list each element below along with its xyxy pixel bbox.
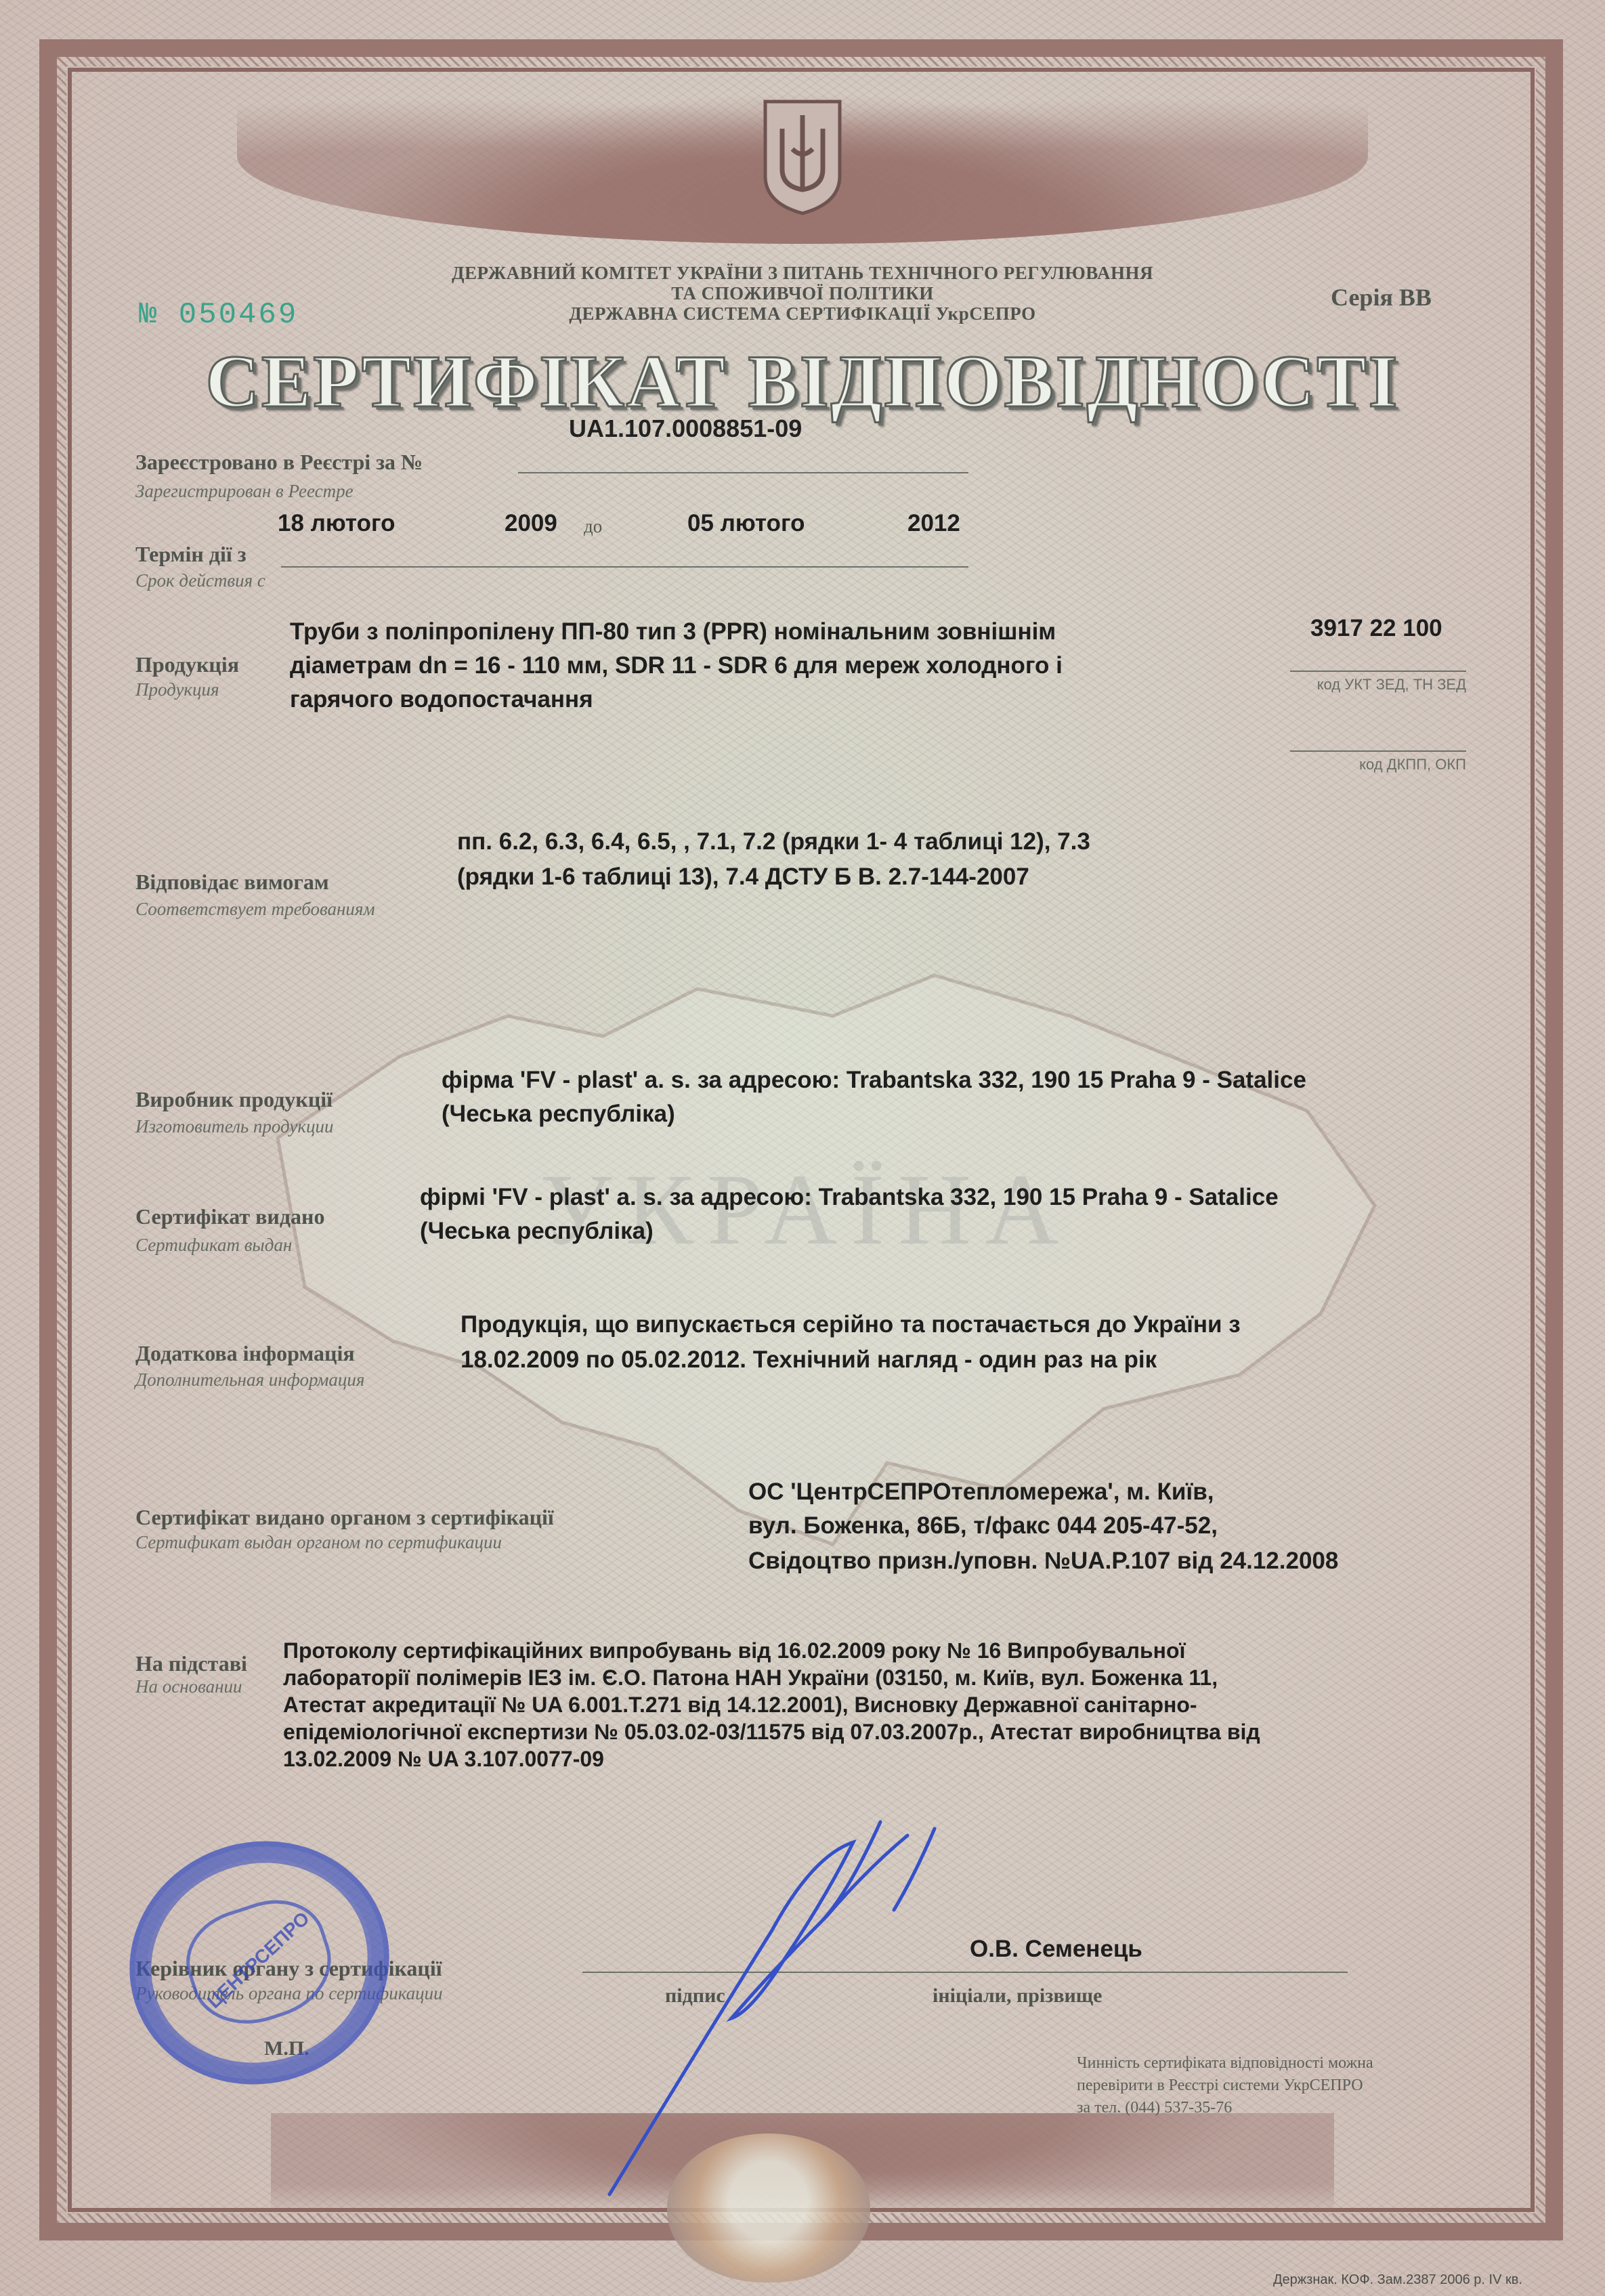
uktzed-code-line: [1290, 671, 1466, 672]
basis-line-4: епідеміологічної експертизи № 05.03.02-0…: [283, 1719, 1260, 1745]
additional-info-line-1: Продукція, що випускається серійно та по…: [461, 1309, 1241, 1340]
basis-line-2: лабораторії полімерів ІЕЗ ім. Є.О. Патон…: [283, 1665, 1218, 1691]
requirements-label: Відповідає вимогам: [135, 870, 329, 895]
additional-info-label: Додаткова інформація: [135, 1341, 355, 1366]
product-line-1: Труби з поліпропілену ПП-80 тип 3 (PPR) …: [290, 616, 1056, 647]
valid-to-year: 2012: [907, 508, 960, 538]
dkpp-code-caption: код ДКПП, ОКП: [1290, 756, 1466, 773]
valid-from-date: 18 лютого: [278, 508, 395, 538]
registry-number-field: [518, 472, 968, 473]
manufacturer-line-2: (Чеська республіка): [442, 1099, 675, 1129]
verification-note-line-3: за тел. (044) 537-35-76: [1077, 2097, 1232, 2119]
requirements-line-1: пп. 6.2, 6.3, 6.4, 6.5, , 7.1, 7.2 (рядк…: [457, 826, 1090, 857]
form-number: № 050469: [139, 298, 298, 332]
issued-to-label-ru: Сертификат выдан: [135, 1235, 292, 1256]
basis-label-ru: На основании: [135, 1676, 242, 1697]
certificate-title: СЕРТИФІКАТ ВІДПОВІДНОСТІ: [203, 339, 1402, 425]
validity-label: Термін дії з: [135, 542, 247, 567]
basis-line-1: Протоколу сертифікаційних випробувань ві…: [283, 1638, 1185, 1663]
valid-to-date: 05 лютого: [687, 508, 805, 538]
product-line-3: гарячого водопостачання: [290, 684, 593, 715]
manufacturer-label: Виробник продукції: [135, 1087, 333, 1112]
printer-mark: Держзнак. КОФ. Зам.2387 2006 р. IV кв.: [1273, 2272, 1522, 2288]
certificate-number: UA1.107.0008851-09: [569, 414, 802, 443]
issued-to-line-1: фірмі 'FV - plast' a. s. за адресою: Tra…: [420, 1182, 1279, 1212]
requirements-label-ru: Соответствует требованиям: [135, 899, 375, 920]
cert-body-label-ru: Сертификат выдан органом по сертификации: [135, 1532, 502, 1553]
cert-body-line-2: вул. Боженка, 86Б, т/факс 044 205-47-52,: [748, 1510, 1218, 1541]
manufacturer-line-1: фірма 'FV - plast' a. s. за адресою: Tra…: [442, 1065, 1306, 1095]
uktzed-code: 3917 22 100: [1310, 613, 1442, 643]
registry-label: Зареєстровано в Реєстрі за №: [135, 450, 423, 475]
dkpp-code-line: [1290, 750, 1466, 752]
validity-label-ru: Срок действия с: [135, 570, 265, 591]
cert-body-line-1: ОС 'ЦентрСЕПРОтепломережа', м. Київ,: [748, 1476, 1214, 1507]
basis-line-5: 13.02.2009 № UA 3.107.0077-09: [283, 1746, 604, 1772]
cert-body-label: Сертифікат видано органом з сертифікації: [135, 1505, 554, 1530]
valid-from-year: 2009: [505, 508, 557, 538]
cert-body-line-3: Свідоцтво призн./уповн. №UA.P.107 від 24…: [748, 1546, 1338, 1576]
product-label: Продукція: [135, 652, 239, 677]
additional-info-label-ru: Дополнительная информация: [135, 1369, 364, 1390]
basis-label: На підставі: [135, 1651, 247, 1676]
manufacturer-label-ru: Изготовитель продукции: [135, 1116, 333, 1137]
requirements-line-2: (рядки 1-6 таблиці 13), 7.4 ДСТУ Б В. 2.…: [457, 862, 1029, 892]
series-label: Серія ВВ: [1331, 283, 1432, 312]
validity-underline: [281, 566, 968, 568]
hologram-seal: [667, 2133, 870, 2282]
verification-note-line-1: Чинність сертифіката відповідності можна: [1077, 2052, 1373, 2075]
trident-emblem-icon: [758, 95, 847, 217]
authority-line-3: ДЕРЖАВНА СИСТЕМА СЕРТИФІКАЦІЇ УкрСЕПРО: [406, 303, 1199, 324]
authority-line-1: ДЕРЖАВНИЙ КОМІТЕТ УКРАЇНИ З ПИТАНЬ ТЕХНІ…: [406, 263, 1199, 284]
additional-info-line-2: 18.02.2009 по 05.02.2012. Технічний нагл…: [461, 1344, 1157, 1375]
authority-line-2: ТА СПОЖИВЧОЇ ПОЛІТИКИ: [406, 283, 1199, 304]
valid-to-word: до: [584, 516, 602, 537]
product-label-ru: Продукция: [135, 679, 219, 700]
verification-note-line-2: перевірити в Реєстрі системи УкрСЕПРО: [1077, 2075, 1363, 2097]
uktzed-code-caption: код УКТ ЗЕД, ТН ЗЕД: [1290, 676, 1466, 694]
issued-to-line-2: (Чеська республіка): [420, 1216, 654, 1246]
registry-label-ru: Зарегистрирован в Реестре: [135, 481, 354, 502]
issued-to-label: Сертифікат видано: [135, 1204, 324, 1229]
basis-line-3: Атестат акредитації № UA 6.001.Т.271 від…: [283, 1692, 1197, 1718]
product-line-2: діаметрам dn = 16 - 110 мм, SDR 11 - SDR…: [290, 650, 1063, 681]
